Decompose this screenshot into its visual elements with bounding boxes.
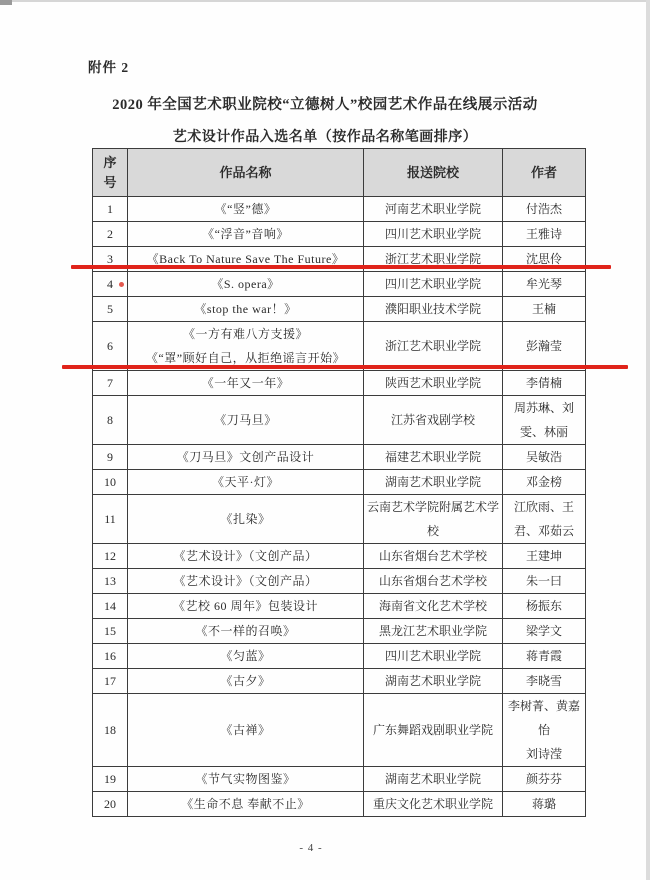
cell-title: 《天平·灯》	[128, 470, 364, 495]
cell-school: 四川艺术职业学院	[364, 272, 503, 297]
table-row: 13《艺术设计》（文创产品）山东省烟台艺术学校朱一曰	[93, 569, 586, 594]
cell-author: 梁学文	[503, 619, 586, 644]
attachment-label: 附件 2	[88, 56, 129, 76]
cell-no: 20	[93, 792, 128, 817]
cell-title: 《“浮音”音响》	[128, 222, 364, 247]
cell-no: 5	[93, 297, 128, 322]
cell-no: 18	[93, 694, 128, 767]
cell-school: 河南艺术职业学院	[364, 197, 503, 222]
table-row: 9《刀马旦》文创产品设计福建艺术职业学院吴敏浩	[93, 445, 586, 470]
cell-title: 《古夕》	[128, 669, 364, 694]
cell-school: 濮阳职业技术学院	[364, 297, 503, 322]
table-row: 19《节气实物图鉴》湖南艺术职业学院颜芬芬	[93, 767, 586, 792]
cell-school: 陕西艺术职业学院	[364, 371, 503, 396]
cell-author: 江欣雨、王君、邓茹云	[503, 495, 586, 544]
cell-author: 彭瀚莹	[503, 322, 586, 371]
cell-no: 2	[93, 222, 128, 247]
cell-no: 12	[93, 544, 128, 569]
cell-school: 四川艺术职业学院	[364, 644, 503, 669]
col-header-no: 序 号	[93, 149, 128, 197]
table-row: 11《扎染》云南艺术学院附属艺术学校江欣雨、王君、邓茹云	[93, 495, 586, 544]
cell-school: 黑龙江艺术职业学院	[364, 619, 503, 644]
cell-school: 广东舞蹈戏剧职业学院	[364, 694, 503, 767]
cell-author: 杨振东	[503, 594, 586, 619]
table-header: 序 号 作品名称 报送院校 作者	[93, 149, 586, 197]
col-header-school: 报送院校	[364, 149, 503, 197]
cell-author: 李倩楠	[503, 371, 586, 396]
cell-title: 《不一样的召唤》	[128, 619, 364, 644]
table-row: 20《生命不息 奉献不止》重庆文化艺术职业学院蒋璐	[93, 792, 586, 817]
cell-author: 王建坤	[503, 544, 586, 569]
cell-title: 《匀蓝》	[128, 644, 364, 669]
cell-school: 浙江艺术职业学院	[364, 322, 503, 371]
cell-no: 15	[93, 619, 128, 644]
cell-school: 山东省烟台艺术学校	[364, 569, 503, 594]
document-title: 2020 年全国艺术职业院校“立德树人”校园艺术作品在线展示活动	[0, 93, 650, 114]
cell-school: 海南省文化艺术学校	[364, 594, 503, 619]
works-table: 序 号 作品名称 报送院校 作者 1《“竖”德》河南艺术职业学院付浩杰2《“浮音…	[92, 148, 586, 817]
scan-edge-top	[0, 0, 650, 2]
cell-title: 《刀马旦》	[128, 396, 364, 445]
cell-author: 王雅诗	[503, 222, 586, 247]
table-row: 10《天平·灯》湖南艺术职业学院邓金榜	[93, 470, 586, 495]
table-row: 15《不一样的召唤》黑龙江艺术职业学院梁学文	[93, 619, 586, 644]
cell-school: 福建艺术职业学院	[364, 445, 503, 470]
cell-no: 11	[93, 495, 128, 544]
document-page: 附件 2 2020 年全国艺术职业院校“立德树人”校园艺术作品在线展示活动 艺术…	[0, 0, 650, 880]
cell-no: 1	[93, 197, 128, 222]
cell-title: 《刀马旦》文创产品设计	[128, 445, 364, 470]
cell-school: 湖南艺术职业学院	[364, 767, 503, 792]
cell-title: 《S. opera》	[128, 272, 364, 297]
cell-no: 16	[93, 644, 128, 669]
cell-author: 邓金榜	[503, 470, 586, 495]
cell-author: 周苏琳、刘雯、林丽	[503, 396, 586, 445]
cell-school: 云南艺术学院附属艺术学校	[364, 495, 503, 544]
cell-title: 《古禅》	[128, 694, 364, 767]
cell-school: 湖南艺术职业学院	[364, 669, 503, 694]
cell-school: 山东省烟台艺术学校	[364, 544, 503, 569]
cell-title: 《stop the war！》	[128, 297, 364, 322]
cell-no: 13	[93, 569, 128, 594]
cell-no: 17	[93, 669, 128, 694]
red-dot-marker	[119, 282, 124, 287]
table-row: 8《刀马旦》江苏省戏剧学校周苏琳、刘雯、林丽	[93, 396, 586, 445]
cell-author: 蒋璐	[503, 792, 586, 817]
cell-school: 江苏省戏剧学校	[364, 396, 503, 445]
cell-title: 《扎染》	[128, 495, 364, 544]
cell-author: 蒋青霞	[503, 644, 586, 669]
cell-no: 10	[93, 470, 128, 495]
cell-title: 《艺校 60 周年》包装设计	[128, 594, 364, 619]
cell-author: 朱一曰	[503, 569, 586, 594]
cell-no: 14	[93, 594, 128, 619]
cell-title: 《生命不息 奉献不止》	[128, 792, 364, 817]
cell-school: 湖南艺术职业学院	[364, 470, 503, 495]
cell-school: 四川艺术职业学院	[364, 222, 503, 247]
cell-title: 《“竖”德》	[128, 197, 364, 222]
header-row: 序 号 作品名称 报送院校 作者	[93, 149, 586, 197]
table-row: 16《匀蓝》四川艺术职业学院蒋青霞	[93, 644, 586, 669]
cell-title: 《艺术设计》（文创产品）	[128, 569, 364, 594]
table-row: 1《“竖”德》河南艺术职业学院付浩杰	[93, 197, 586, 222]
cell-author: 颜芬芬	[503, 767, 586, 792]
red-underline-row6	[62, 365, 628, 369]
table-row: 5《stop the war！》濮阳职业技术学院王楠	[93, 297, 586, 322]
cell-title: 《节气实物图鉴》	[128, 767, 364, 792]
table-row: 6《一方有难八方支援》 《“罩”顾好自己，从拒绝谣言开始》浙江艺术职业学院彭瀚莹	[93, 322, 586, 371]
scan-corner-mark	[0, 0, 12, 5]
table-row: 12《艺术设计》（文创产品）山东省烟台艺术学校王建坤	[93, 544, 586, 569]
table-body: 1《“竖”德》河南艺术职业学院付浩杰2《“浮音”音响》四川艺术职业学院王雅诗3《…	[93, 197, 586, 817]
cell-title: 《艺术设计》（文创产品）	[128, 544, 364, 569]
cell-author: 李晓雪	[503, 669, 586, 694]
cell-author: 付浩杰	[503, 197, 586, 222]
table-row: 18《古禅》广东舞蹈戏剧职业学院李树菁、黄嘉怡 刘诗滢	[93, 694, 586, 767]
cell-no: 8	[93, 396, 128, 445]
table-row: 14《艺校 60 周年》包装设计海南省文化艺术学校杨振东	[93, 594, 586, 619]
page-number: - 4 -	[0, 842, 622, 854]
cell-no: 7	[93, 371, 128, 396]
table-row: 17《古夕》湖南艺术职业学院李晓雪	[93, 669, 586, 694]
cell-author: 王楠	[503, 297, 586, 322]
cell-title: 《一方有难八方支援》 《“罩”顾好自己，从拒绝谣言开始》	[128, 322, 364, 371]
col-header-author: 作者	[503, 149, 586, 197]
cell-title: 《一年又一年》	[128, 371, 364, 396]
table-row: 4《S. opera》四川艺术职业学院牟光琴	[93, 272, 586, 297]
red-underline-row3	[71, 265, 611, 269]
document-subtitle: 艺术设计作品入选名单（按作品名称笔画排序）	[0, 126, 650, 146]
cell-no: 9	[93, 445, 128, 470]
col-header-title: 作品名称	[128, 149, 364, 197]
cell-no: 19	[93, 767, 128, 792]
table-row: 2《“浮音”音响》四川艺术职业学院王雅诗	[93, 222, 586, 247]
cell-author: 李树菁、黄嘉怡 刘诗滢	[503, 694, 586, 767]
cell-school: 重庆文化艺术职业学院	[364, 792, 503, 817]
cell-author: 牟光琴	[503, 272, 586, 297]
cell-author: 吴敏浩	[503, 445, 586, 470]
table-row: 7《一年又一年》陕西艺术职业学院李倩楠	[93, 371, 586, 396]
cell-no: 6	[93, 322, 128, 371]
